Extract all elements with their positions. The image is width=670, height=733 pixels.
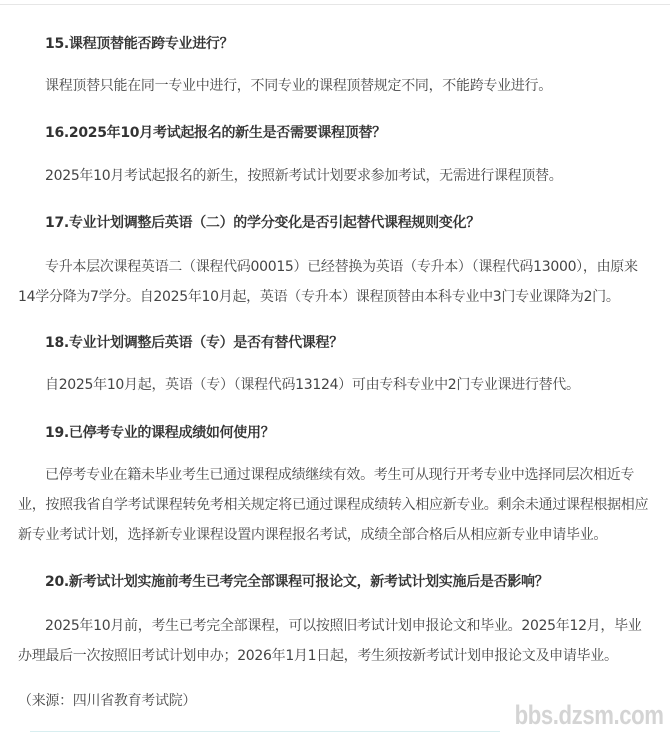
answer-18-paragraph: 自2025年10月起，英语（专）（课程代码13124）可由专科专业中2门专业课进… <box>18 370 654 400</box>
question-15-heading: 15.课程顶替能否跨专业进行？ <box>45 33 233 53</box>
question-18-heading: 18.专业计划调整后英语（专）是否有替代课程？ <box>45 332 343 352</box>
question-16-heading: 16.2025年10月考试起报名的新生是否需要课程顶替？ <box>45 122 386 142</box>
answer-16-paragraph: 2025年10月考试起报名的新生，按照新考试计划要求参加考试，无需进行课程顶替。 <box>18 161 654 191</box>
answer-17-paragraph: 专升本层次课程英语二（课程代码00015）已经替换为英语（专升本）（课程代码13… <box>18 252 654 312</box>
top-divider <box>0 0 670 5</box>
question-20-heading: 20.新考试计划实施前考生已考完全部课程可报论文，新考试计划实施后是否影响？ <box>45 571 548 591</box>
answer-20-paragraph: 2025年10月前，考生已考完全部课程，可以按照旧考试计划申报论文和毕业。202… <box>18 611 654 671</box>
answer-19-paragraph: 已停考专业在籍未毕业考生已通过课程成绩继续有效。考生可从现行开考专业中选择同层次… <box>18 460 654 550</box>
answer-15-paragraph: 课程顶替只能在同一专业中进行，不同专业的课程顶替规定不同，不能跨专业进行。 <box>18 71 654 101</box>
site-watermark: bbs.dzsm.com <box>515 700 664 731</box>
question-19-heading: 19.已停考专业的课程成绩如何使用？ <box>45 422 274 442</box>
source-attribution: （来源：四川省教育考试院） <box>18 690 196 710</box>
bottom-divider <box>30 731 500 732</box>
question-17-heading: 17.专业计划调整后英语（二）的学分变化是否引起替代课程规则变化？ <box>45 212 480 232</box>
